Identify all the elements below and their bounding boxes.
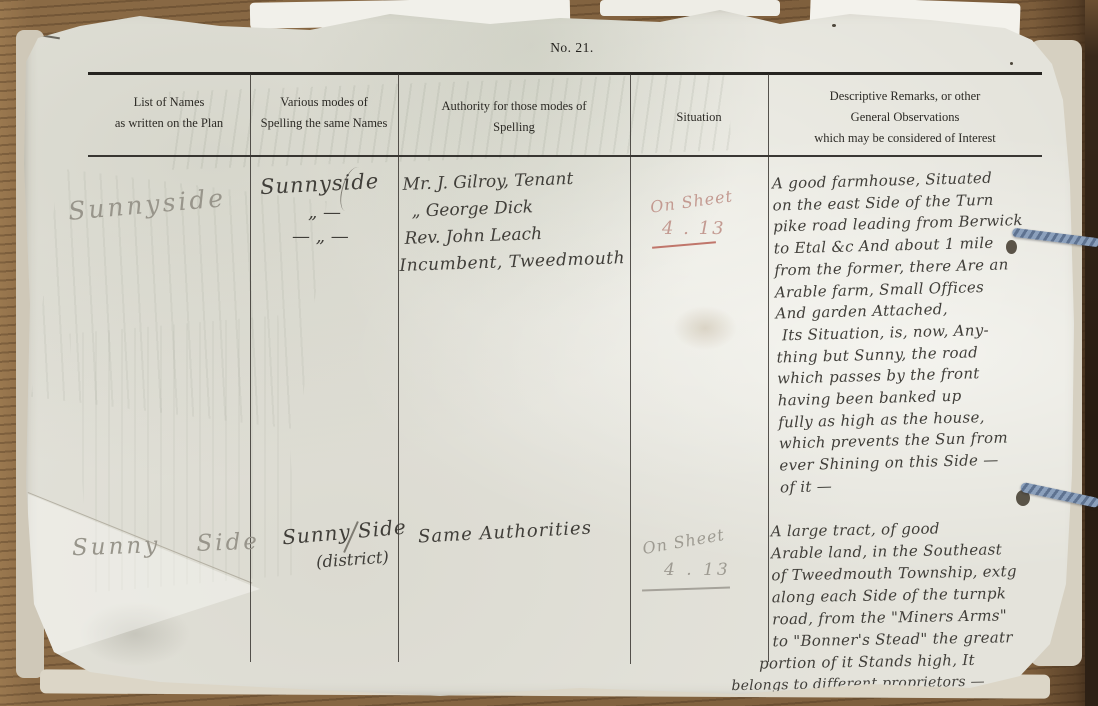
- page-number: No. 21.: [512, 40, 632, 56]
- column-divider-2: [398, 74, 399, 662]
- table-header-rule: [88, 155, 1042, 157]
- header-line: List of Names: [134, 92, 205, 113]
- ditto-mark: „ —: [308, 202, 341, 223]
- table-top-rule: [88, 72, 1042, 75]
- remarks-entry: A large tract, of good Arable land, in t…: [770, 516, 1049, 697]
- header-line: Authority for those modes of: [441, 96, 586, 117]
- name-on-plan: Sunnyside: [67, 183, 227, 226]
- column-header-names: List of Names as written on the Plan: [88, 92, 250, 134]
- torn-paper-fragment: [600, 0, 780, 16]
- column-header-spelling-modes: Various modes of Spelling the same Names: [250, 92, 398, 134]
- column-divider-1: [250, 74, 251, 662]
- header-line: Descriptive Remarks, or other: [830, 86, 981, 107]
- ditto-mark: — „ —: [292, 226, 349, 247]
- header-line: as written on the Plan: [115, 113, 223, 134]
- column-divider-3: [630, 74, 631, 664]
- header-line: which may be considered of Interest: [814, 128, 996, 149]
- speck: [1010, 62, 1013, 65]
- situation-sheet: On Sheet: [641, 525, 726, 558]
- speck: [832, 24, 836, 27]
- column-divider-4: [768, 74, 769, 662]
- situation-reference: 4 . 13: [662, 218, 726, 239]
- situation-underline: [652, 241, 716, 248]
- situation-reference: 4 . 13: [664, 560, 731, 580]
- binding-hole: [1006, 240, 1017, 254]
- header-line: Spelling the same Names: [261, 113, 388, 134]
- column-header-authority: Authority for those modes of Spelling: [398, 96, 630, 138]
- situation-sheet: On Sheet: [649, 186, 734, 216]
- header-line: General Observations: [851, 107, 960, 128]
- spelling-entry: Sunnyside: [259, 169, 379, 199]
- header-line: Situation: [676, 107, 721, 128]
- name-book-page: 36. No. 21. List of Names as written on …: [20, 4, 1086, 700]
- spelling-entry: (district): [315, 547, 389, 571]
- table-edge-shadow: [1085, 0, 1098, 706]
- authority-entry: Mr. J. Gilroy, Tenant „ George Dick Rev.…: [402, 164, 625, 280]
- column-header-remarks: Descriptive Remarks, or other General Ob…: [768, 86, 1042, 149]
- name-on-plan: Sunny Side: [72, 529, 261, 562]
- spelling-entry: Sunny Side: [281, 515, 407, 550]
- remarks-entry: A good farmhouse, Situated on the east S…: [772, 167, 1048, 499]
- situation-underline: [642, 586, 730, 591]
- header-line: Spelling: [493, 117, 535, 138]
- authority-entry: Same Authorities: [418, 517, 593, 547]
- stain: [670, 304, 740, 352]
- header-line: Various modes of: [280, 92, 368, 113]
- column-header-situation: Situation: [630, 107, 768, 128]
